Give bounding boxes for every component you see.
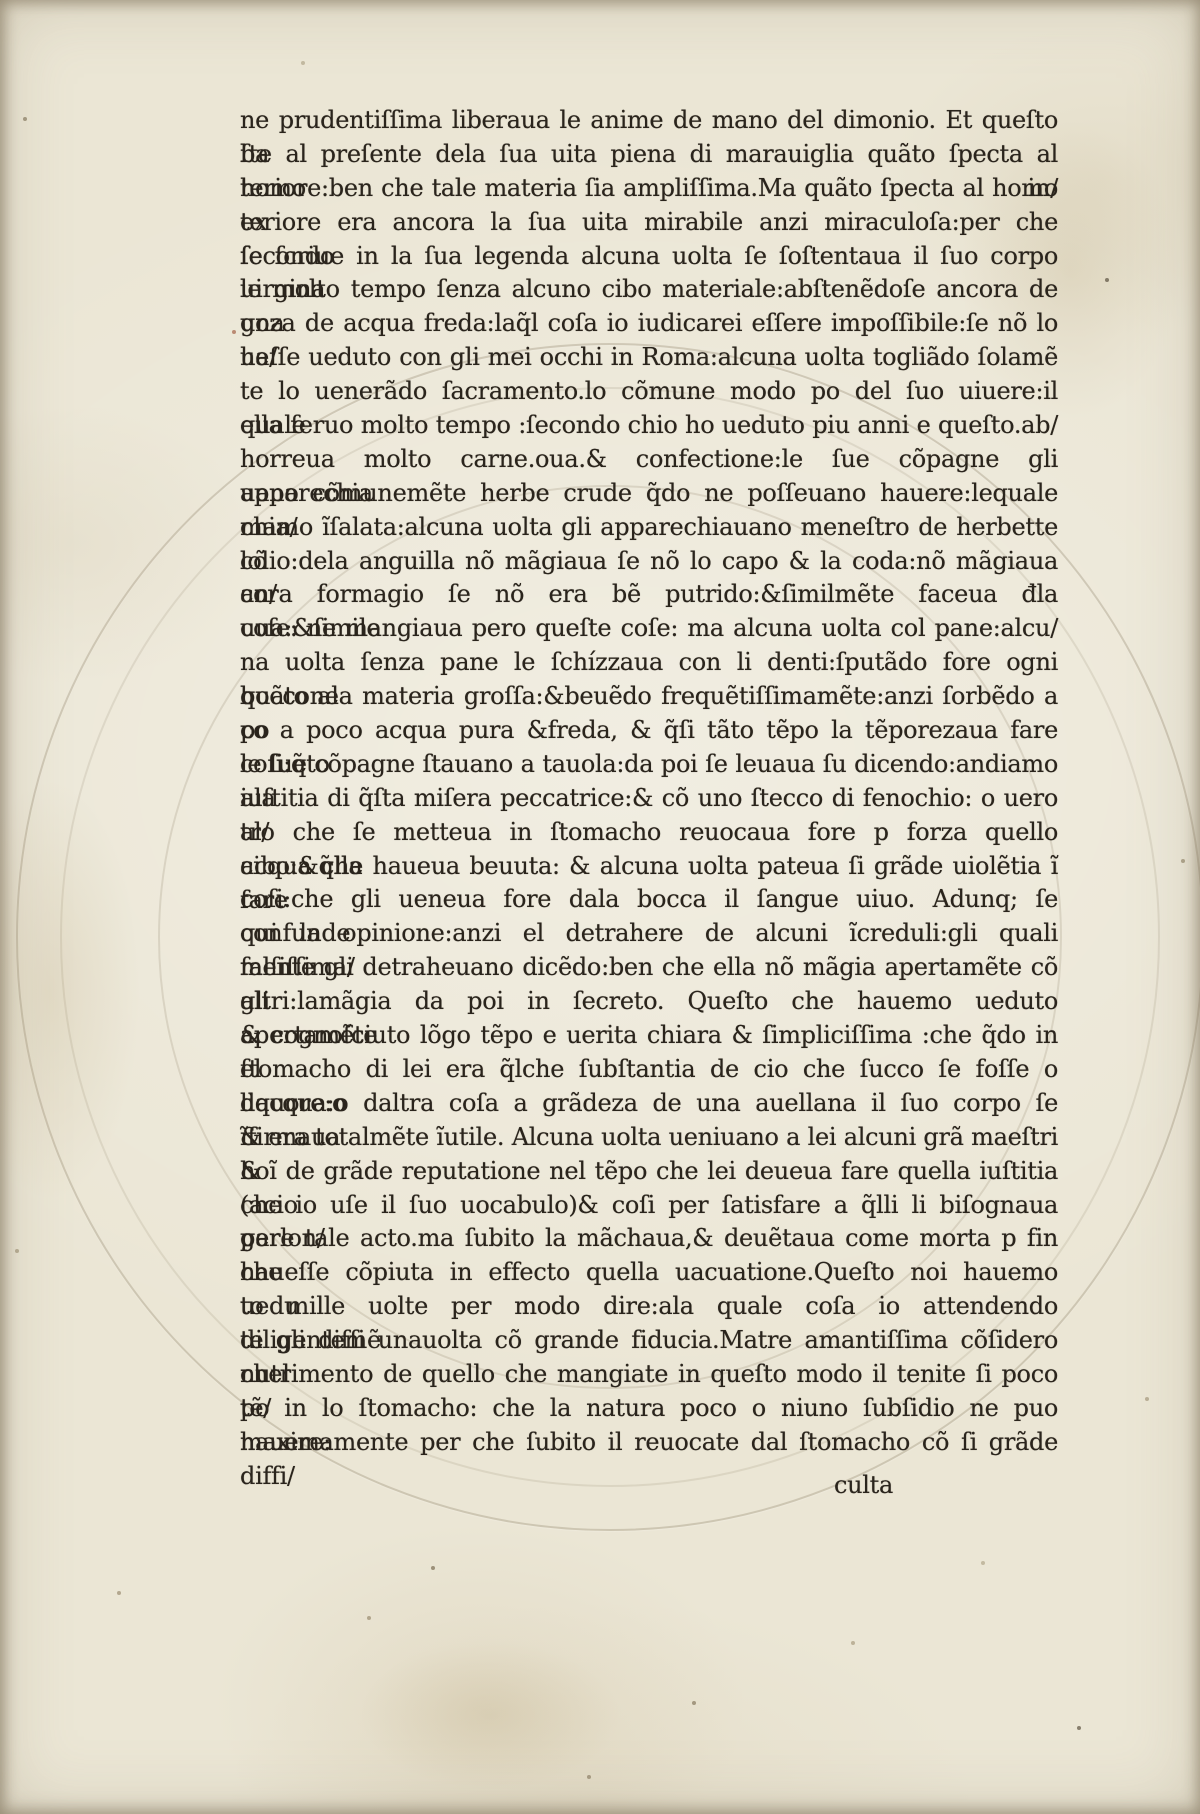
text-line: coſi:che gli ueneua fore dala bocca il ſ… <box>240 883 1058 917</box>
text-line: qui la opinione:anzi el detrahere de alc… <box>240 917 1058 951</box>
text-line: po in lo ſtomacho: che la natura poco o … <box>240 1392 1058 1426</box>
text-line: maximamente per che ſubito il reuocate d… <box>240 1426 1058 1460</box>
text-line: nutrimento de quello che mangiate in que… <box>240 1358 1058 1392</box>
text-line: te gli diſſi unauolta cõ grande fiducia.… <box>240 1324 1058 1358</box>
text-line: ſtomacho di lei era q̃lche ſubſtantia de… <box>240 1053 1058 1087</box>
text-line: na uolta ſenza pane le ſchízzaua con li … <box>240 646 1058 680</box>
text-line: ella ſeruo molto tempo :ſecondo chio ho … <box>240 409 1058 443</box>
text-line: iuſtitia di q̃ſta miſera peccatrice:& cõ… <box>240 782 1058 816</box>
text-line: ueſſe ueduto con gli mei occhi in Roma:a… <box>240 341 1058 375</box>
text-line: acqua che haueua beuuta: & alcuna uolta … <box>240 850 1058 884</box>
text-line: altri:lamãgia da poi in ſecreto. Queſto … <box>240 985 1058 1019</box>
text-line: ne prudentiſſima liberaua le anime de ma… <box>240 104 1058 138</box>
text-line: hoĩ de grãde reputatione nel tẽpo che le… <box>240 1155 1058 1189</box>
text-lines: ne prudentiſſima liberaua le anime de ma… <box>240 104 1058 1460</box>
text-line: to mille uolte per modo dire:ala quale c… <box>240 1290 1058 1324</box>
text-line: tro che ſe metteua in ſtomacho reuocaua … <box>240 816 1058 850</box>
text-line: teriore:ben che tale materia ſia ampliſſ… <box>240 172 1058 206</box>
text-line: teriore era ancora la ſua uita mirabile … <box>240 206 1058 240</box>
text-line: le ſue cõpagne ſtauano a tauola:da poi ſ… <box>240 748 1058 782</box>
book-page: ne prudentiſſima liberaua le anime de ma… <box>0 0 1200 1814</box>
paper-specks <box>0 0 2 2</box>
text-line: coſe: ne mangiaua pero queſte coſe: ma a… <box>240 612 1058 646</box>
text-line: & era totalmẽte ĩutile. Alcuna uolta uen… <box>240 1121 1058 1155</box>
text-line: mamo ĩſalata:alcuna uolta gli apparechia… <box>240 511 1058 545</box>
text-line: uano cõmunemẽte herbe crude q̃do ne poſſ… <box>240 477 1058 511</box>
text-line: ſe ſcriue in la ſua legenda alcuna uolta… <box>240 240 1058 274</box>
text-line: co a poco acqua pura &freda, & q̃ſi tãto… <box>240 714 1058 748</box>
text-line: te lo uenerãdo ſacramento.lo cõmune modo… <box>240 375 1058 409</box>
text-line: ſte al preſente dela ſua uita piena di m… <box>240 138 1058 172</box>
text-line: che io uſe il ſuo uocabulo)& coſi per ſa… <box>240 1189 1058 1223</box>
text-line: & cognoſciuto lõgo tẽpo e uerita chiara … <box>240 1019 1058 1053</box>
text-line: haueſſe cõpiuta in effecto quella uacuat… <box>240 1256 1058 1290</box>
text-block: ne prudentiſſima liberaua le anime de ma… <box>240 104 1058 1503</box>
paper-stain <box>360 1640 620 1790</box>
text-line: gare tale acto.ma ſubito la mãchaua,& de… <box>240 1222 1058 1256</box>
text-line: quãto ala materia groſſa:&beuẽdo frequẽt… <box>240 680 1058 714</box>
text-line: dacqua:o daltra coſa a grãdeza de una au… <box>240 1087 1058 1121</box>
paper-stain <box>0 780 140 1200</box>
text-line: lolio:dela anguilla nõ mãgiaua ſe nõ lo … <box>240 545 1058 579</box>
text-line: goza de acqua freda:laq̃l coſa io iudica… <box>240 307 1058 341</box>
text-line: cora formagio ſe nõ era bẽ putrido:&ſimi… <box>240 578 1058 612</box>
catchword: culta <box>834 1471 893 1499</box>
text-line: le molto tempo ſenza alcuno cibo materia… <box>240 273 1058 307</box>
text-line: mente gli detraheuano dicẽdo:ben che ell… <box>240 951 1058 985</box>
text-line: horreua molto carne.oua.& confectione:le… <box>240 443 1058 477</box>
catchword-row: culta <box>240 1469 1058 1503</box>
